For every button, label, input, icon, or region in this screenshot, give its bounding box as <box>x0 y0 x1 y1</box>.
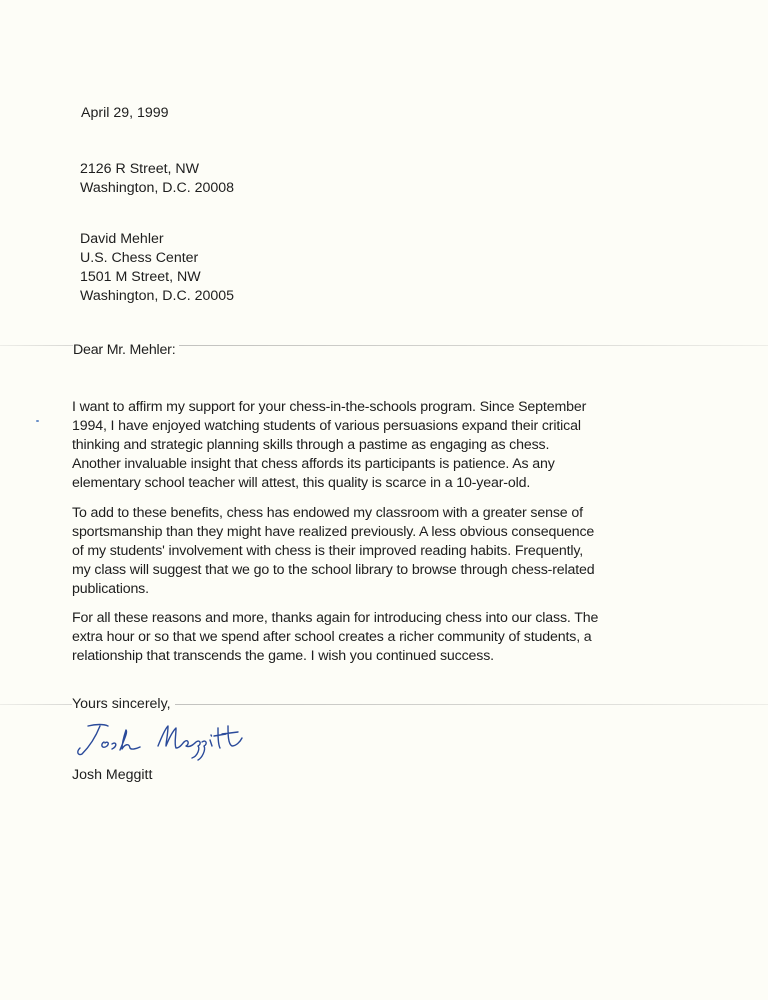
body-paragraph-1: I want to affirm my support for your che… <box>72 398 702 493</box>
recipient-city: Washington, D.C. 20005 <box>80 287 234 306</box>
text-line: thinking and strategic planning skills t… <box>72 436 702 455</box>
text-line: elementary school teacher will attest, t… <box>72 474 702 493</box>
handwritten-signature <box>74 722 274 762</box>
recipient-street: 1501 M Street, NW <box>80 268 234 287</box>
body-paragraph-2: To add to these benefits, chess has endo… <box>72 504 702 599</box>
recipient-organization: U.S. Chess Center <box>80 249 234 268</box>
signer-name: Josh Meggitt <box>72 766 152 785</box>
sender-address-line: 2126 R Street, NW <box>80 160 234 179</box>
body-paragraph-3: For all these reasons and more, thanks a… <box>72 609 702 666</box>
closing: Yours sincerely, <box>72 695 175 714</box>
salutation: Dear Mr. Mehler: <box>73 341 179 360</box>
sender-address: 2126 R Street, NW Washington, D.C. 20008 <box>80 160 234 198</box>
text-line: my class will suggest that we go to the … <box>72 561 702 580</box>
sender-address-line: Washington, D.C. 20008 <box>80 179 234 198</box>
ink-speck <box>36 420 39 422</box>
text-line: For all these reasons and more, thanks a… <box>72 609 702 628</box>
text-line: Another invaluable insight that chess af… <box>72 455 702 474</box>
text-line: of my students' involvement with chess i… <box>72 542 702 561</box>
text-line: I want to affirm my support for your che… <box>72 398 702 417</box>
recipient-name: David Mehler <box>80 230 234 249</box>
recipient-address: David Mehler U.S. Chess Center 1501 M St… <box>80 230 234 306</box>
text-line: 1994, I have enjoyed watching students o… <box>72 417 702 436</box>
text-line: To add to these benefits, chess has endo… <box>72 504 702 523</box>
text-line: relationship that transcends the game. I… <box>72 647 702 666</box>
text-line: extra hour or so that we spend after sch… <box>72 628 702 647</box>
text-line: publications. <box>72 580 702 599</box>
text-line: sportsmanship than they might have reali… <box>72 523 702 542</box>
letter-date: April 29, 1999 <box>81 104 169 123</box>
